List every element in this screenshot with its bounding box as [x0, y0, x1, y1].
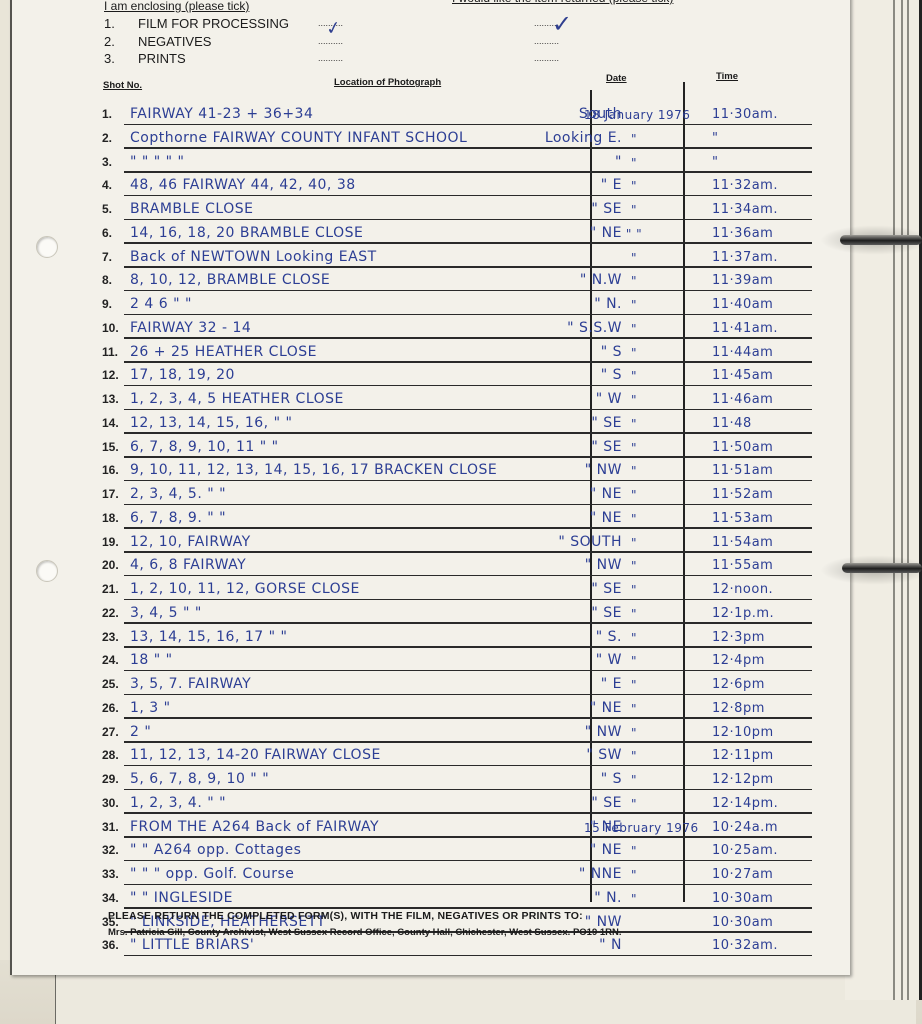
location-cell[interactable]: FAIRWAY 41-23 + 36+34 [130, 106, 313, 122]
shot-number: 5. [102, 202, 112, 216]
table-row: 33." " " opp. Golf. Course" NNE"10·27am [102, 861, 812, 885]
location-cell[interactable]: 3, 4, 5 " " [130, 605, 202, 621]
shot-number: 9. [102, 297, 112, 311]
date-cell[interactable]: " [584, 654, 684, 668]
location-cell[interactable]: " " A264 opp. Cottages [130, 842, 301, 858]
location-cell[interactable]: BRAMBLE CLOSE [130, 201, 253, 217]
table-row: 10.FAIRWAY 32 - 14" S.S.W"11·41am. [102, 315, 812, 339]
location-cell[interactable]: 1, 2, 3, 4, 5 HEATHER CLOSE [130, 391, 344, 407]
date-cell[interactable]: " [584, 369, 684, 383]
date-cell[interactable]: " [584, 393, 684, 407]
time-cell[interactable]: 11·52am [712, 487, 773, 502]
date-cell[interactable]: " [584, 726, 684, 740]
date-cell[interactable]: " [584, 868, 684, 882]
shot-number: 17. [102, 487, 119, 501]
table-row: 14.12, 13, 14, 15, 16, " "" SE"11·48 [102, 410, 812, 434]
time-cell[interactable]: 11·39am [712, 273, 773, 288]
table-row: 1.FAIRWAY 41-23 + 36+34South18 January 1… [102, 101, 812, 125]
time-cell[interactable]: 11·30am. [712, 107, 778, 122]
location-cell[interactable]: 17, 18, 19, 20 [130, 367, 235, 383]
checkmark-icon: ✓ [552, 10, 572, 38]
shot-number: 3. [102, 155, 112, 169]
time-cell[interactable]: 11·44am [712, 345, 773, 360]
return-address: Mrs. Patricia Gill, County Archivist, We… [108, 927, 622, 938]
location-cell[interactable]: 6, 7, 8, 9. " " [130, 510, 226, 526]
table-row: 34." " INGLESIDE" N."10·30am [102, 885, 812, 909]
date-cell[interactable]: " [584, 441, 684, 455]
time-cell[interactable]: 11·51am [712, 463, 773, 478]
time-cell[interactable]: 11·55am [712, 558, 773, 573]
time-cell[interactable]: 10·30am [712, 915, 773, 930]
shot-number: 10. [102, 321, 119, 335]
shot-number: 21. [102, 582, 119, 596]
page-edge [907, 0, 909, 1000]
time-cell[interactable]: 10·30am [712, 891, 773, 906]
date-cell[interactable]: " [584, 631, 684, 645]
location-cell[interactable]: 5, 6, 7, 8, 9, 10 " " [130, 771, 269, 787]
date-cell[interactable]: " [584, 773, 684, 787]
return-instructions: PLEASE RETURN THE COMPLETED FORM(S), WIT… [108, 910, 583, 922]
table-row: 19.12, 10, FAIRWAY" SOUTH"11·54am [102, 529, 812, 553]
shot-number: 4. [102, 178, 112, 192]
shot-number: 33. [102, 867, 119, 881]
table-row: 8.8, 10, 12, BRAMBLE CLOSE" N.W"11·39am [102, 267, 812, 291]
shot-number: 22. [102, 606, 119, 620]
time-cell[interactable]: 11·53am [712, 511, 773, 526]
shot-number: 13. [102, 392, 119, 406]
date-cell[interactable]: " [584, 203, 684, 217]
punch-hole [36, 236, 58, 258]
date-cell[interactable]: " [584, 274, 684, 288]
time-cell[interactable]: 12·6pm [712, 677, 765, 692]
table-row: 13.1, 2, 3, 4, 5 HEATHER CLOSE" W"11·46a… [102, 386, 812, 410]
table-row: 3." " " " """" [102, 149, 812, 173]
date-cell[interactable]: 15 February 1976 [584, 821, 684, 835]
column-header-time: Time [716, 71, 738, 82]
shot-number: 30. [102, 796, 119, 810]
table-row: 27.2 "" NW"12·10pm [102, 719, 812, 743]
time-cell[interactable]: 11·50am [712, 440, 773, 455]
shot-number: 8. [102, 273, 112, 287]
time-cell[interactable]: 11·46am [712, 392, 773, 407]
location-cell[interactable]: " " " opp. Golf. Course [130, 866, 294, 882]
time-cell[interactable]: 12·11pm [712, 748, 774, 763]
option-negatives: 2.NEGATIVES [104, 34, 211, 49]
option-label: NEGATIVES [138, 34, 211, 49]
table-row: 23.13, 14, 15, 16, 17 " "" S."12·3pm [102, 624, 812, 648]
date-cell[interactable]: " " [584, 227, 684, 241]
date-cell[interactable]: 18 January 1976 [584, 108, 684, 122]
shot-number: 36. [102, 938, 119, 952]
location-cell[interactable]: 4, 6, 8 FAIRWAY [130, 557, 246, 573]
option-label: PRINTS [138, 51, 186, 66]
shot-number: 11. [102, 345, 118, 359]
location-cell[interactable]: 12, 10, FAIRWAY [130, 534, 251, 550]
time-cell[interactable]: 12·8pm [712, 701, 765, 716]
table-row: 18.6, 7, 8, 9. " "" NE"11·53am [102, 505, 812, 529]
shot-number: 2. [102, 131, 112, 145]
location-cell[interactable]: 1, 2, 10, 11, 12, GORSE CLOSE [130, 581, 360, 597]
date-cell[interactable]: " [584, 417, 684, 431]
time-cell[interactable]: 12·4pm [712, 653, 765, 668]
date-cell[interactable]: " [584, 536, 684, 550]
table-row: 24.18 " "" W"12·4pm [102, 647, 812, 671]
table-row: 15.6, 7, 8, 9, 10, 11 " "" SE"11·50am [102, 434, 812, 458]
shot-number: 25. [102, 677, 119, 691]
shot-number: 12. [102, 368, 119, 382]
time-cell[interactable]: 12·noon. [712, 582, 773, 597]
date-cell[interactable]: " [584, 607, 684, 621]
enclosing-prints-checkbox[interactable]: .......... [318, 53, 343, 63]
location-cell[interactable]: FROM THE A264 Back of FAIRWAY [130, 819, 379, 835]
returned-heading: I would like the item returned (please t… [452, 0, 673, 5]
time-cell[interactable]: 12·3pm [712, 630, 765, 645]
location-cell[interactable]: 2, 3, 4, 5. " " [130, 486, 226, 502]
location-cell[interactable]: 48, 46 FAIRWAY 44, 42, 40, 38 [130, 177, 356, 193]
table-row: 28.11, 12, 13, 14-20 FAIRWAY CLOSE" SW"1… [102, 742, 812, 766]
time-cell[interactable]: 11·37am. [712, 250, 778, 265]
time-cell[interactable]: 11·40am [712, 297, 773, 312]
shot-number: 16. [102, 463, 119, 477]
location-cell[interactable]: 1, 2, 3, 4. " " [130, 795, 226, 811]
page-edge [901, 0, 903, 1000]
table-row: 21.1, 2, 10, 11, 12, GORSE CLOSE" SE"12·… [102, 576, 812, 600]
option-number: 3. [104, 51, 138, 66]
table-row: 25.3, 5, 7. FAIRWAY" E"12·6pm [102, 671, 812, 695]
location-cell[interactable]: 6, 7, 8, 9, 10, 11 " " [130, 439, 279, 455]
table-row: 6.14, 16, 18, 20 BRAMBLE CLOSE" NE" "11·… [102, 220, 812, 244]
date-cell[interactable]: " [584, 322, 684, 336]
table-row: 30.1, 2, 3, 4. " "" SE"12·14pm. [102, 790, 812, 814]
column-header-location: Location of Photograph [334, 77, 441, 88]
table-row: 31.FROM THE A264 Back of FAIRWAY" NE15 F… [102, 814, 812, 838]
date-cell[interactable]: " [584, 559, 684, 573]
time-cell[interactable]: " [712, 131, 718, 146]
shot-number: 24. [102, 653, 119, 667]
table-row: 2.Copthorne FAIRWAY COUNTY INFANT SCHOOL… [102, 125, 812, 149]
date-cell[interactable]: " [584, 844, 684, 858]
table-row: 9.2 4 6 " "" N."11·40am [102, 291, 812, 315]
time-cell[interactable]: 11·41am. [712, 321, 778, 336]
table-row: 20.4, 6, 8 FAIRWAY" NW"11·55am [102, 552, 812, 576]
shot-number: 19. [102, 535, 119, 549]
location-cell[interactable]: 9, 10, 11, 12, 13, 14, 15, 16, 17 BRACKE… [130, 462, 497, 478]
table-row: 5. BRAMBLE CLOSE" SE"11·34am. [102, 196, 812, 220]
shot-number: 26. [102, 701, 119, 715]
table-row: 29.5, 6, 7, 8, 9, 10 " "" S"12·12pm [102, 766, 812, 790]
location-cell[interactable]: 14, 16, 18, 20 BRAMBLE CLOSE [130, 225, 363, 241]
location-cell[interactable]: 13, 14, 15, 16, 17 " " [130, 629, 287, 645]
page-edge [893, 0, 895, 1000]
table-row: 26.1, 3 "" NE"12·8pm [102, 695, 812, 719]
time-cell[interactable]: 11·34am. [712, 202, 778, 217]
shot-number: 1. [102, 107, 112, 121]
column-header-shot: Shot No. [103, 80, 142, 91]
row-rule [124, 955, 812, 956]
date-cell[interactable]: " [584, 702, 684, 716]
location-cell[interactable]: 11, 12, 13, 14-20 FAIRWAY CLOSE [130, 747, 381, 763]
date-cell[interactable]: " [584, 583, 684, 597]
time-cell[interactable]: 10·27am [712, 867, 773, 882]
option-film: 1.FILM FOR PROCESSING [104, 16, 289, 31]
time-cell[interactable]: 11·45am [712, 368, 773, 383]
time-cell[interactable]: 12·12pm [712, 772, 774, 787]
date-cell[interactable]: " [584, 464, 684, 478]
binder-page-stack [845, 0, 922, 1000]
time-cell[interactable]: 12·1p.m. [712, 606, 774, 621]
location-cell[interactable]: Back of NEWTOWN Looking EAST [130, 249, 377, 265]
date-cell[interactable]: " [584, 488, 684, 502]
binder-ring-icon [842, 563, 922, 573]
time-cell[interactable]: 10·25am. [712, 843, 778, 858]
location-cell[interactable]: " " " " " [130, 154, 185, 170]
time-cell[interactable]: 11·48 [712, 416, 752, 431]
date-cell[interactable]: " [584, 749, 684, 763]
location-cell[interactable]: 26 + 25 HEATHER CLOSE [130, 344, 317, 360]
table-row: 12.17, 18, 19, 20" S"11·45am [102, 362, 812, 386]
location-cell[interactable]: 12, 13, 14, 15, 16, " " [130, 415, 292, 431]
shot-number: 28. [102, 748, 119, 762]
shot-number: 14. [102, 416, 119, 430]
shot-number: 6. [102, 226, 112, 240]
option-number: 1. [104, 16, 138, 31]
time-cell[interactable]: " [712, 155, 718, 170]
shot-number: 20. [102, 558, 119, 572]
shot-number: 29. [102, 772, 119, 786]
shot-number: 32. [102, 843, 119, 857]
date-cell[interactable]: " [584, 298, 684, 312]
column-header-date: Date [606, 73, 627, 84]
time-cell[interactable]: 11·32am. [712, 178, 778, 193]
table-row: 22.3, 4, 5 " "" SE"12·1p.m. [102, 600, 812, 624]
date-cell[interactable]: " [584, 156, 684, 170]
direction-cell[interactable]: " N [522, 937, 622, 953]
binder-ring-icon [840, 235, 922, 245]
enclosing-heading: I am enclosing (please tick) [104, 0, 249, 13]
date-cell[interactable]: " [584, 512, 684, 526]
date-cell[interactable]: " [584, 251, 684, 265]
location-cell[interactable]: 3, 5, 7. FAIRWAY [130, 676, 251, 692]
time-cell[interactable]: 12·10pm [712, 725, 774, 740]
table-row: 16.9, 10, 11, 12, 13, 14, 15, 16, 17 BRA… [102, 457, 812, 481]
date-cell[interactable]: " [584, 797, 684, 811]
location-cell[interactable]: " " INGLESIDE [130, 890, 233, 906]
time-cell[interactable]: 11·54am [712, 535, 773, 550]
date-cell[interactable]: " [584, 179, 684, 193]
shot-number: 18. [102, 511, 119, 525]
location-cell[interactable]: " LITTLE BRIARS' [130, 937, 254, 953]
option-prints: 3.PRINTS [104, 51, 186, 66]
option-number: 2. [104, 34, 138, 49]
table-row: 17.2, 3, 4, 5. " "" NE"11·52am [102, 481, 812, 505]
shot-number: 7. [102, 250, 112, 264]
time-cell[interactable]: 11·36am [712, 226, 773, 241]
location-cell[interactable]: 2 4 6 " " [130, 296, 192, 312]
table-row: 11.26 + 25 HEATHER CLOSE" S"11·44am [102, 339, 812, 363]
location-cell[interactable]: 18 " " [130, 652, 173, 668]
date-cell[interactable]: " [584, 892, 684, 906]
shot-number: 31. [102, 820, 119, 834]
shot-number: 34. [102, 891, 119, 905]
punch-hole [36, 560, 58, 582]
location-cell[interactable]: 1, 3 " [130, 700, 171, 716]
location-cell[interactable]: FAIRWAY 32 - 14 [130, 320, 251, 336]
date-cell[interactable]: " [584, 678, 684, 692]
location-cell[interactable]: 8, 10, 12, BRAMBLE CLOSE [130, 272, 330, 288]
option-label: FILM FOR PROCESSING [138, 16, 289, 31]
shot-number: 15. [102, 440, 119, 454]
location-cell[interactable]: 2 " [130, 724, 151, 740]
location-cell[interactable]: Copthorne FAIRWAY COUNTY INFANT SCHOOL [130, 130, 467, 146]
shot-number: 27. [102, 725, 119, 739]
table-row: 7.Back of NEWTOWN Looking EAST"11·37am. [102, 244, 812, 268]
time-cell[interactable]: 12·14pm. [712, 796, 778, 811]
table-row: 32." " A264 opp. Cottages" NE"10·25am. [102, 837, 812, 861]
date-cell[interactable]: " [584, 132, 684, 146]
shot-number: 23. [102, 630, 119, 644]
date-cell[interactable]: " [584, 346, 684, 360]
returned-prints-checkbox[interactable]: .......... [534, 53, 559, 63]
table-row: 4.48, 46 FAIRWAY 44, 42, 40, 38" E"11·32… [102, 172, 812, 196]
time-cell[interactable]: 10·24a.m [712, 820, 778, 835]
time-cell[interactable]: 10·32am. [712, 938, 778, 953]
